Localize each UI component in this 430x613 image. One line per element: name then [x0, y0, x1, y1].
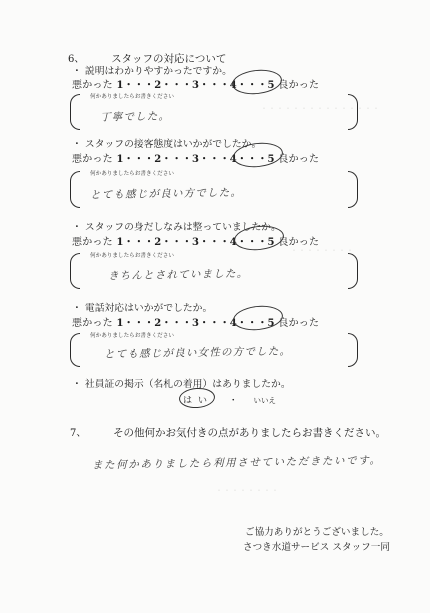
comment-hint: 何かありましたらお書きください	[90, 92, 174, 100]
high-label: 良かった	[278, 318, 319, 329]
left-bracket	[70, 253, 80, 289]
low-label: 悪かった	[72, 154, 113, 165]
question-text: ・ 電話対応はいかがでしたか。	[72, 300, 212, 314]
question-text: ・ スタッフの接客態度はいかがでしたか。	[72, 136, 261, 150]
right-bracket	[348, 171, 358, 208]
comment-hint: 何かありましたらお書きください	[90, 251, 174, 259]
handwritten-comment[interactable]: とても感じが良い女性の方でした。	[104, 343, 291, 361]
low-label: 悪かった	[72, 237, 113, 248]
show-through-text: ・・・・・・・・・・・・・・・	[260, 103, 380, 114]
section-number: 7、	[70, 428, 86, 439]
high-label: 良かった	[278, 154, 319, 165]
low-label: 悪かった	[72, 80, 113, 91]
left-bracket	[70, 94, 80, 130]
right-bracket	[348, 333, 358, 367]
handwritten-comment[interactable]: また何かありましたら利用させていただきたいです。	[92, 452, 382, 472]
section-title: その他何かお気付きの点がありましたらお書きください。	[113, 427, 386, 439]
high-label: 良かった	[278, 237, 319, 248]
rating-circle-mark	[231, 67, 283, 96]
comment-hint: 何かありましたらお書きください	[90, 169, 174, 177]
option-separator: ・	[229, 396, 238, 406]
right-bracket	[348, 94, 358, 130]
rating-scale: 悪かった 1・・・2・・・3・・・4・・・5 良かった	[72, 76, 319, 91]
handwritten-comment[interactable]: 丁寧でした。	[100, 108, 170, 124]
closing-signature: さつき水道サービス スタッフ一同	[243, 539, 390, 553]
low-label: 悪かった	[72, 318, 113, 329]
show-through-text: ・・・・・・・・	[215, 485, 279, 496]
handwritten-comment[interactable]: とても感じが良い方でした。	[90, 185, 242, 203]
right-bracket	[348, 253, 358, 289]
left-bracket	[70, 333, 80, 367]
left-bracket	[70, 171, 80, 208]
comment-hint: 何かありましたらお書きください	[90, 331, 174, 339]
option-no[interactable]: いいえ	[254, 396, 277, 405]
high-label: 良かった	[278, 80, 319, 91]
handwritten-comment[interactable]: きちんとされていました。	[108, 266, 249, 283]
question-text: ・ 社員証の掲示（名札の着用）はありましたか。	[72, 376, 291, 390]
question-text: ・ 説明はわかりやすかったですか。	[72, 63, 232, 77]
survey-page: ・・・・・・・・・・・・・・・ ・・・・・・・・ ・・・・・・・・ 6、 スタッ…	[0, 0, 430, 613]
closing-thanks: ご協力ありがとうございました。	[245, 524, 389, 538]
section-7-heading: 7、 その他何かお気付きの点がありましたらお書きください。	[70, 424, 386, 440]
